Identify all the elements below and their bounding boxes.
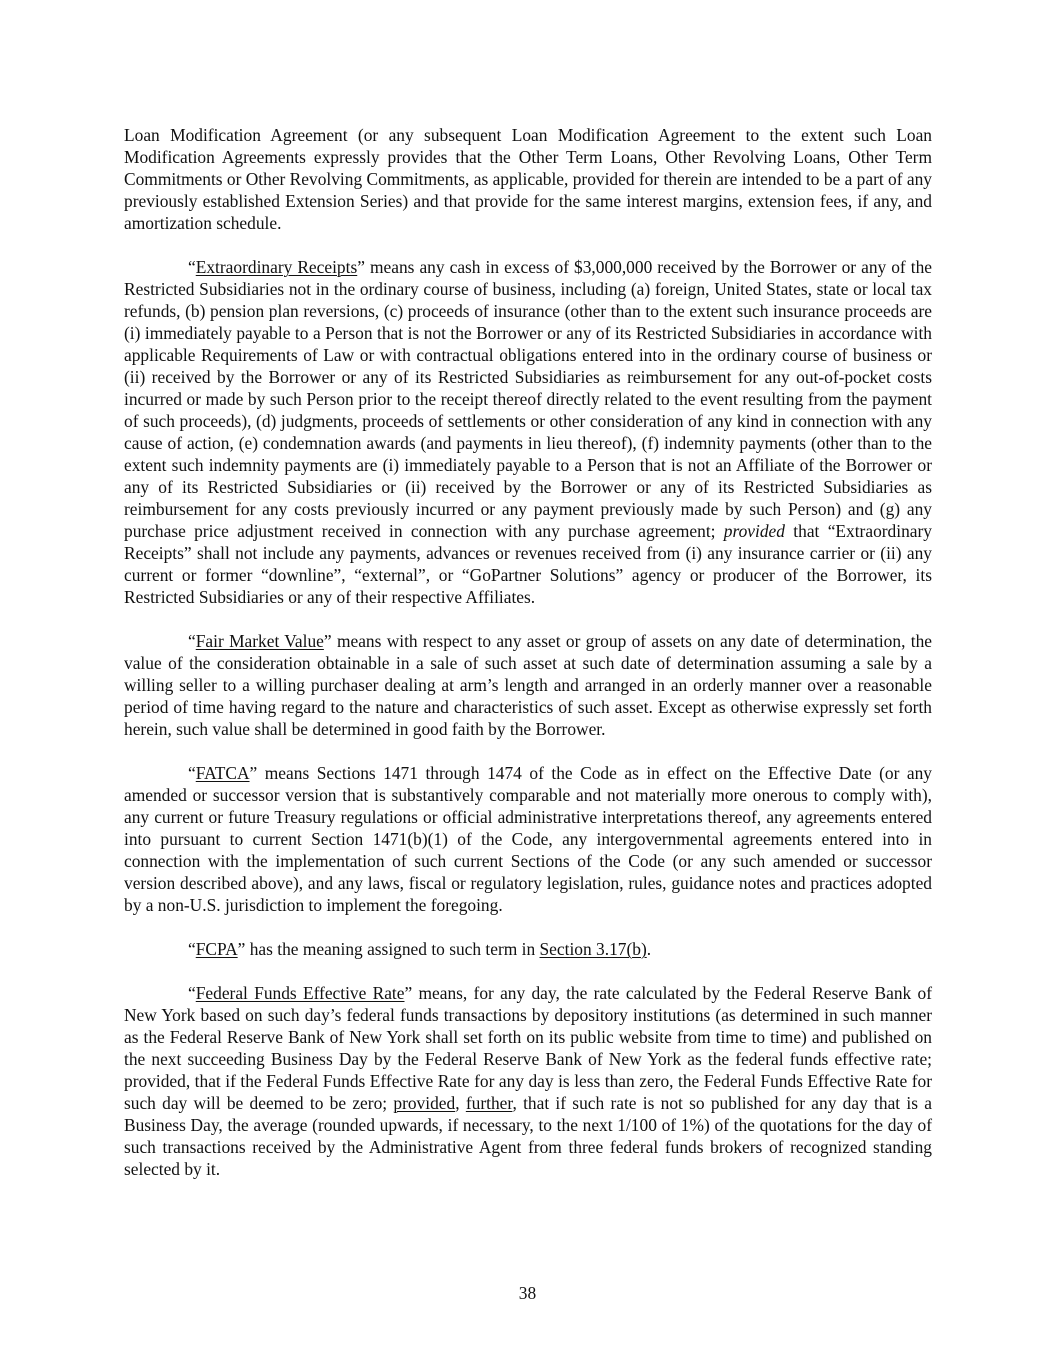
underlined-provided: provided bbox=[393, 1093, 455, 1113]
defined-term: Extraordinary Receipts bbox=[196, 257, 358, 277]
definition-fatca: “FATCA” means Sections 1471 through 1474… bbox=[124, 762, 932, 916]
defined-term: FCPA bbox=[196, 939, 238, 959]
definition-text: means Sections 1471 through 1474 of the … bbox=[124, 763, 932, 915]
open-quote: “ bbox=[188, 631, 196, 651]
close-quote: ” bbox=[357, 257, 365, 277]
underlined-further: further bbox=[466, 1093, 513, 1113]
close-quote: ” bbox=[324, 631, 332, 651]
definition-federal-funds-effective-rate: “Federal Funds Effective Rate” means, fo… bbox=[124, 982, 932, 1180]
paragraph-text: Loan Modification Agreement (or any subs… bbox=[124, 125, 932, 233]
open-quote: “ bbox=[188, 257, 196, 277]
open-quote: “ bbox=[188, 939, 196, 959]
document-page: Loan Modification Agreement (or any subs… bbox=[124, 124, 932, 1180]
page-number: 38 bbox=[0, 1282, 1055, 1304]
defined-term: Federal Funds Effective Rate bbox=[196, 983, 405, 1003]
open-quote: “ bbox=[188, 983, 196, 1003]
definition-text: has the meaning assigned to such term in bbox=[245, 939, 539, 959]
defined-term: Fair Market Value bbox=[196, 631, 324, 651]
definition-extraordinary-receipts: “Extraordinary Receipts” means any cash … bbox=[124, 256, 932, 608]
italic-provided: provided bbox=[724, 521, 785, 541]
definition-fcpa: “FCPA” has the meaning assigned to such … bbox=[124, 938, 932, 960]
defined-term: FATCA bbox=[196, 763, 250, 783]
section-reference-link[interactable]: Section 3.17(b) bbox=[540, 939, 647, 959]
paragraph-loan-modification-continuation: Loan Modification Agreement (or any subs… bbox=[124, 124, 932, 234]
period: . bbox=[647, 939, 651, 959]
open-quote: “ bbox=[188, 763, 196, 783]
definition-fair-market-value: “Fair Market Value” means with respect t… bbox=[124, 630, 932, 740]
separator: , bbox=[455, 1093, 466, 1113]
definition-text: means any cash in excess of $3,000,000 r… bbox=[124, 257, 932, 541]
